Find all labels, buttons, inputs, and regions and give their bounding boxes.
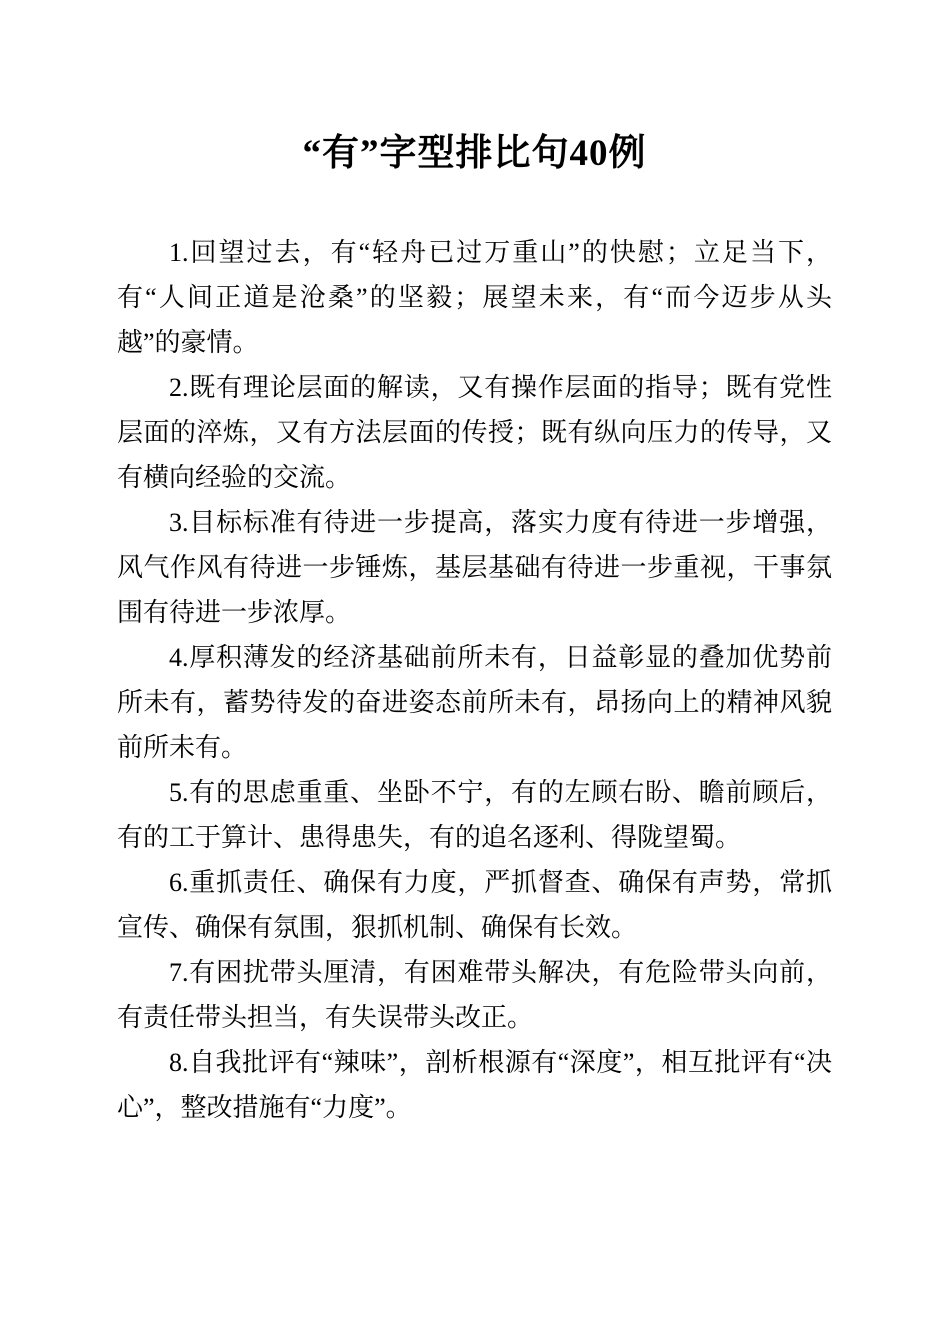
- document-body: 1.回望过去，有“轻舟已过万重山”的快慰；立足当下，有“人间正道是沧桑”的坚毅；…: [117, 230, 832, 1130]
- paragraph-2: 2.既有理论层面的解读，又有操作层面的指导；既有党性层面的淬炼，又有方法层面的传…: [117, 365, 832, 500]
- paragraph-1: 1.回望过去，有“轻舟已过万重山”的快慰；立足当下，有“人间正道是沧桑”的坚毅；…: [117, 230, 832, 365]
- paragraph-6: 6.重抓责任、确保有力度，严抓督查、确保有声势，常抓宣传、确保有氛围，狠抓机制、…: [117, 860, 832, 950]
- paragraph-3: 3.目标标准有待进一步提高，落实力度有待进一步增强，风气作风有待进一步锤炼，基层…: [117, 500, 832, 635]
- document-title: “有”字型排比句40例: [117, 128, 832, 180]
- paragraph-5: 5.有的思虑重重、坐卧不宁，有的左顾右盼、瞻前顾后，有的工于算计、患得患失，有的…: [117, 770, 832, 860]
- document-page: “有”字型排比句40例 1.回望过去，有“轻舟已过万重山”的快慰；立足当下，有“…: [0, 0, 950, 1344]
- paragraph-7: 7.有困扰带头厘清，有困难带头解决，有危险带头向前，有责任带头担当，有失误带头改…: [117, 950, 832, 1040]
- paragraph-4: 4.厚积薄发的经济基础前所未有，日益彰显的叠加优势前所未有，蓄势待发的奋进姿态前…: [117, 635, 832, 770]
- paragraph-8: 8.自我批评有“辣味”，剖析根源有“深度”，相互批评有“决心”，整改措施有“力度…: [117, 1040, 832, 1130]
